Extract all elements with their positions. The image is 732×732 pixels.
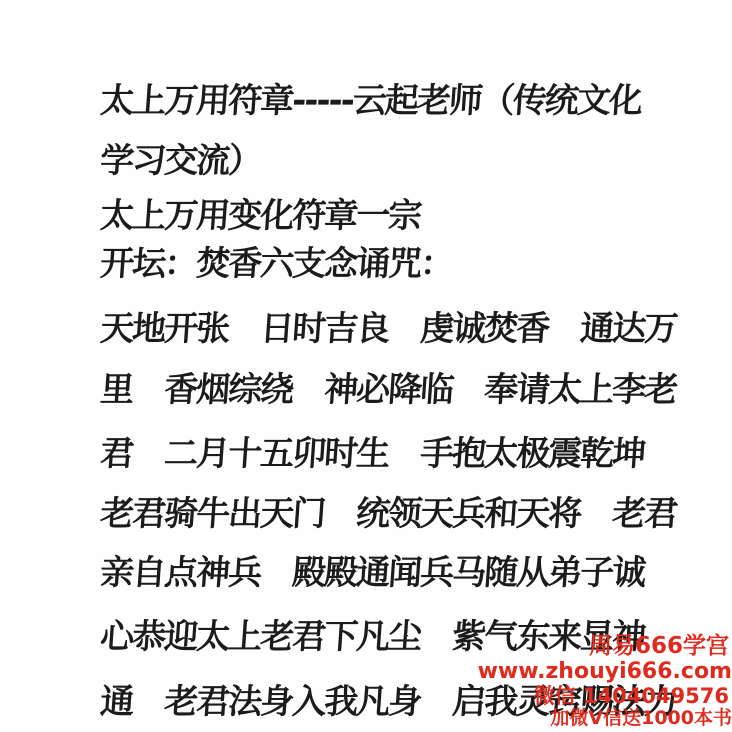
text-line-title-2: 学习交流） [99, 144, 701, 180]
text-line-verse-5: 亲自点神兵 殿殿通闻兵马随从弟子诚 [99, 556, 701, 592]
text-line-verse-3: 君 二月十五卯时生 手抱太极震乾坤 [99, 437, 701, 473]
watermark-site-name: 周易666学宫 [478, 634, 732, 659]
text-line-instruction: 开坛：焚香六支念诵咒： [99, 247, 701, 283]
watermark: 周易666学宫 www.zhouyi666.com 微信 1404049576 … [478, 634, 732, 729]
watermark-promo: 加微V信送1000本书 [478, 708, 732, 729]
text-line-verse-2: 里 香烟综绕 神必降临 奉请太上李老 [99, 373, 701, 409]
document-page: 太上万用符章-----云起老师（传统文化 学习交流） 太上万用变化符章一宗 开坛… [0, 0, 732, 732]
watermark-url: www.zhouyi666.com [478, 659, 732, 684]
text-line-verse-1: 天地开张 日时吉良 虔诚焚香 通达万 [99, 312, 701, 348]
watermark-wechat-id: 微信 1404049576 [478, 684, 732, 708]
text-line-title-1: 太上万用符章-----云起老师（传统文化 [99, 84, 701, 120]
text-line-verse-4: 老君骑牛出天门 统领天兵和天将 老君 [99, 497, 701, 533]
text-line-subtitle: 太上万用变化符章一宗 [99, 199, 701, 235]
